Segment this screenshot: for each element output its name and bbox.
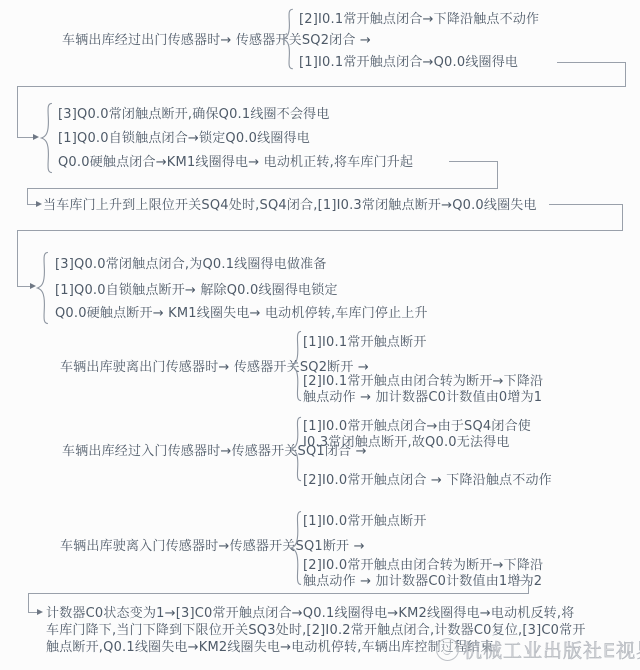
final-step-text: 触点断开,Q0.1线圈失电→KM2线圈失电→电动机停转,车辆出库控制过程结束 — [46, 640, 494, 655]
brace — [40, 102, 54, 174]
brace — [36, 251, 50, 325]
branch-text: [1]I0.0常开触点闭合→由于SQ4闭合使 — [303, 419, 531, 434]
arrow-icon — [37, 609, 43, 615]
watermark-text: 机械工业出版社E视界 — [463, 636, 640, 663]
connector-line — [622, 204, 623, 230]
publisher-logo-icon — [436, 638, 459, 661]
branch-text: [2]I0.0常开触点闭合 → 下降沿触点不动作 — [303, 473, 552, 488]
branch-text: [1]Q0.0自锁触点闭合→锁定Q0.0线圈得电 — [58, 131, 310, 146]
connector-line — [17, 230, 623, 231]
step-text-exit-sensor-pass: 车辆出库经过出门传感器时→ 传感器开关SQ2闭合 → — [62, 33, 371, 48]
connector-line — [28, 593, 29, 612]
publisher-watermark: 机械工业出版社E视界 — [436, 634, 636, 664]
connector-line — [449, 161, 497, 162]
branch-text: Q0.0硬触点断开→ KM1线圈失电→ 电动机停转,车库门停止上升 — [55, 306, 428, 321]
branch-text: [1]I0.1常开触点闭合→Q0.0线圈得电 — [299, 55, 518, 70]
branch-text: I0.3常闭触点断开,故Q0.0无法得电 — [303, 435, 510, 450]
connector-line — [17, 86, 626, 87]
branch-text: [1]I0.1常开触点断开 — [303, 335, 427, 350]
step-text-exit-sensor-leave: 车辆出库驶离出门传感器时→ 传感器开关SQ2断开 → — [60, 360, 369, 375]
connector-line — [17, 286, 31, 287]
branch-text: 触点动作 → 加计数器C0计数值由0增为1 — [303, 390, 542, 405]
branch-text: [2]I0.1常开触点由闭合转为断开→下降沿 — [303, 374, 543, 389]
step-text-entry-sensor-leave: 车辆出库驶离入门传感器时→传感器开关SQ1断开 → — [60, 539, 365, 554]
connector-line — [17, 137, 34, 138]
branch-text: [2]I0.1常开触点闭合→下降沿触点不动作 — [299, 12, 539, 27]
branch-text: 触点动作 → 加计数器C0计数值由1增为2 — [303, 574, 542, 589]
arrow-icon — [33, 134, 39, 140]
final-step-text: 计数器C0状态变为1→[3]C0常开触点闭合→Q0.1线圈得电→KM2线圈得电→… — [46, 606, 574, 621]
brace — [290, 510, 303, 586]
connector-line — [28, 593, 529, 594]
step-text-door-up-limit: 当车库门上升到上限位开关SQ4处时,SQ4闭合,[1]I0.3常闭触点断开→Q0… — [43, 198, 537, 213]
brace — [281, 8, 295, 70]
connector-line — [27, 188, 28, 205]
branch-text: [3]Q0.0常闭触点断开,确保Q0.1线圈不会得电 — [58, 107, 330, 122]
brace — [290, 416, 303, 482]
arrow-icon — [36, 201, 42, 207]
branch-text: [2]I0.0常开触点由闭合转为断开→下降沿 — [303, 558, 543, 573]
brace — [290, 330, 303, 402]
branch-text: Q0.0硬触点闭合→KM1线圈得电→ 电动机正转,将车库门升起 — [58, 155, 413, 170]
connector-line — [17, 86, 18, 137]
branch-text: [1]Q0.0自锁触点断开→ 解除Q0.0线圈得电锁定 — [55, 283, 338, 298]
connector-line — [557, 62, 625, 63]
branch-text: [3]Q0.0常闭触点闭合,为Q0.1线圈得电做准备 — [55, 257, 327, 272]
connector-line — [497, 161, 498, 188]
connector-line — [528, 580, 529, 593]
branch-text: [1]I0.0常开触点断开 — [303, 514, 427, 529]
connector-line — [17, 230, 18, 286]
connector-line — [625, 62, 626, 87]
flow-diagram: 车辆出库经过出门传感器时→ 传感器开关SQ2闭合 → [2]I0.1常开触点闭合… — [0, 0, 640, 670]
connector-line — [549, 204, 622, 205]
connector-line — [27, 188, 498, 189]
